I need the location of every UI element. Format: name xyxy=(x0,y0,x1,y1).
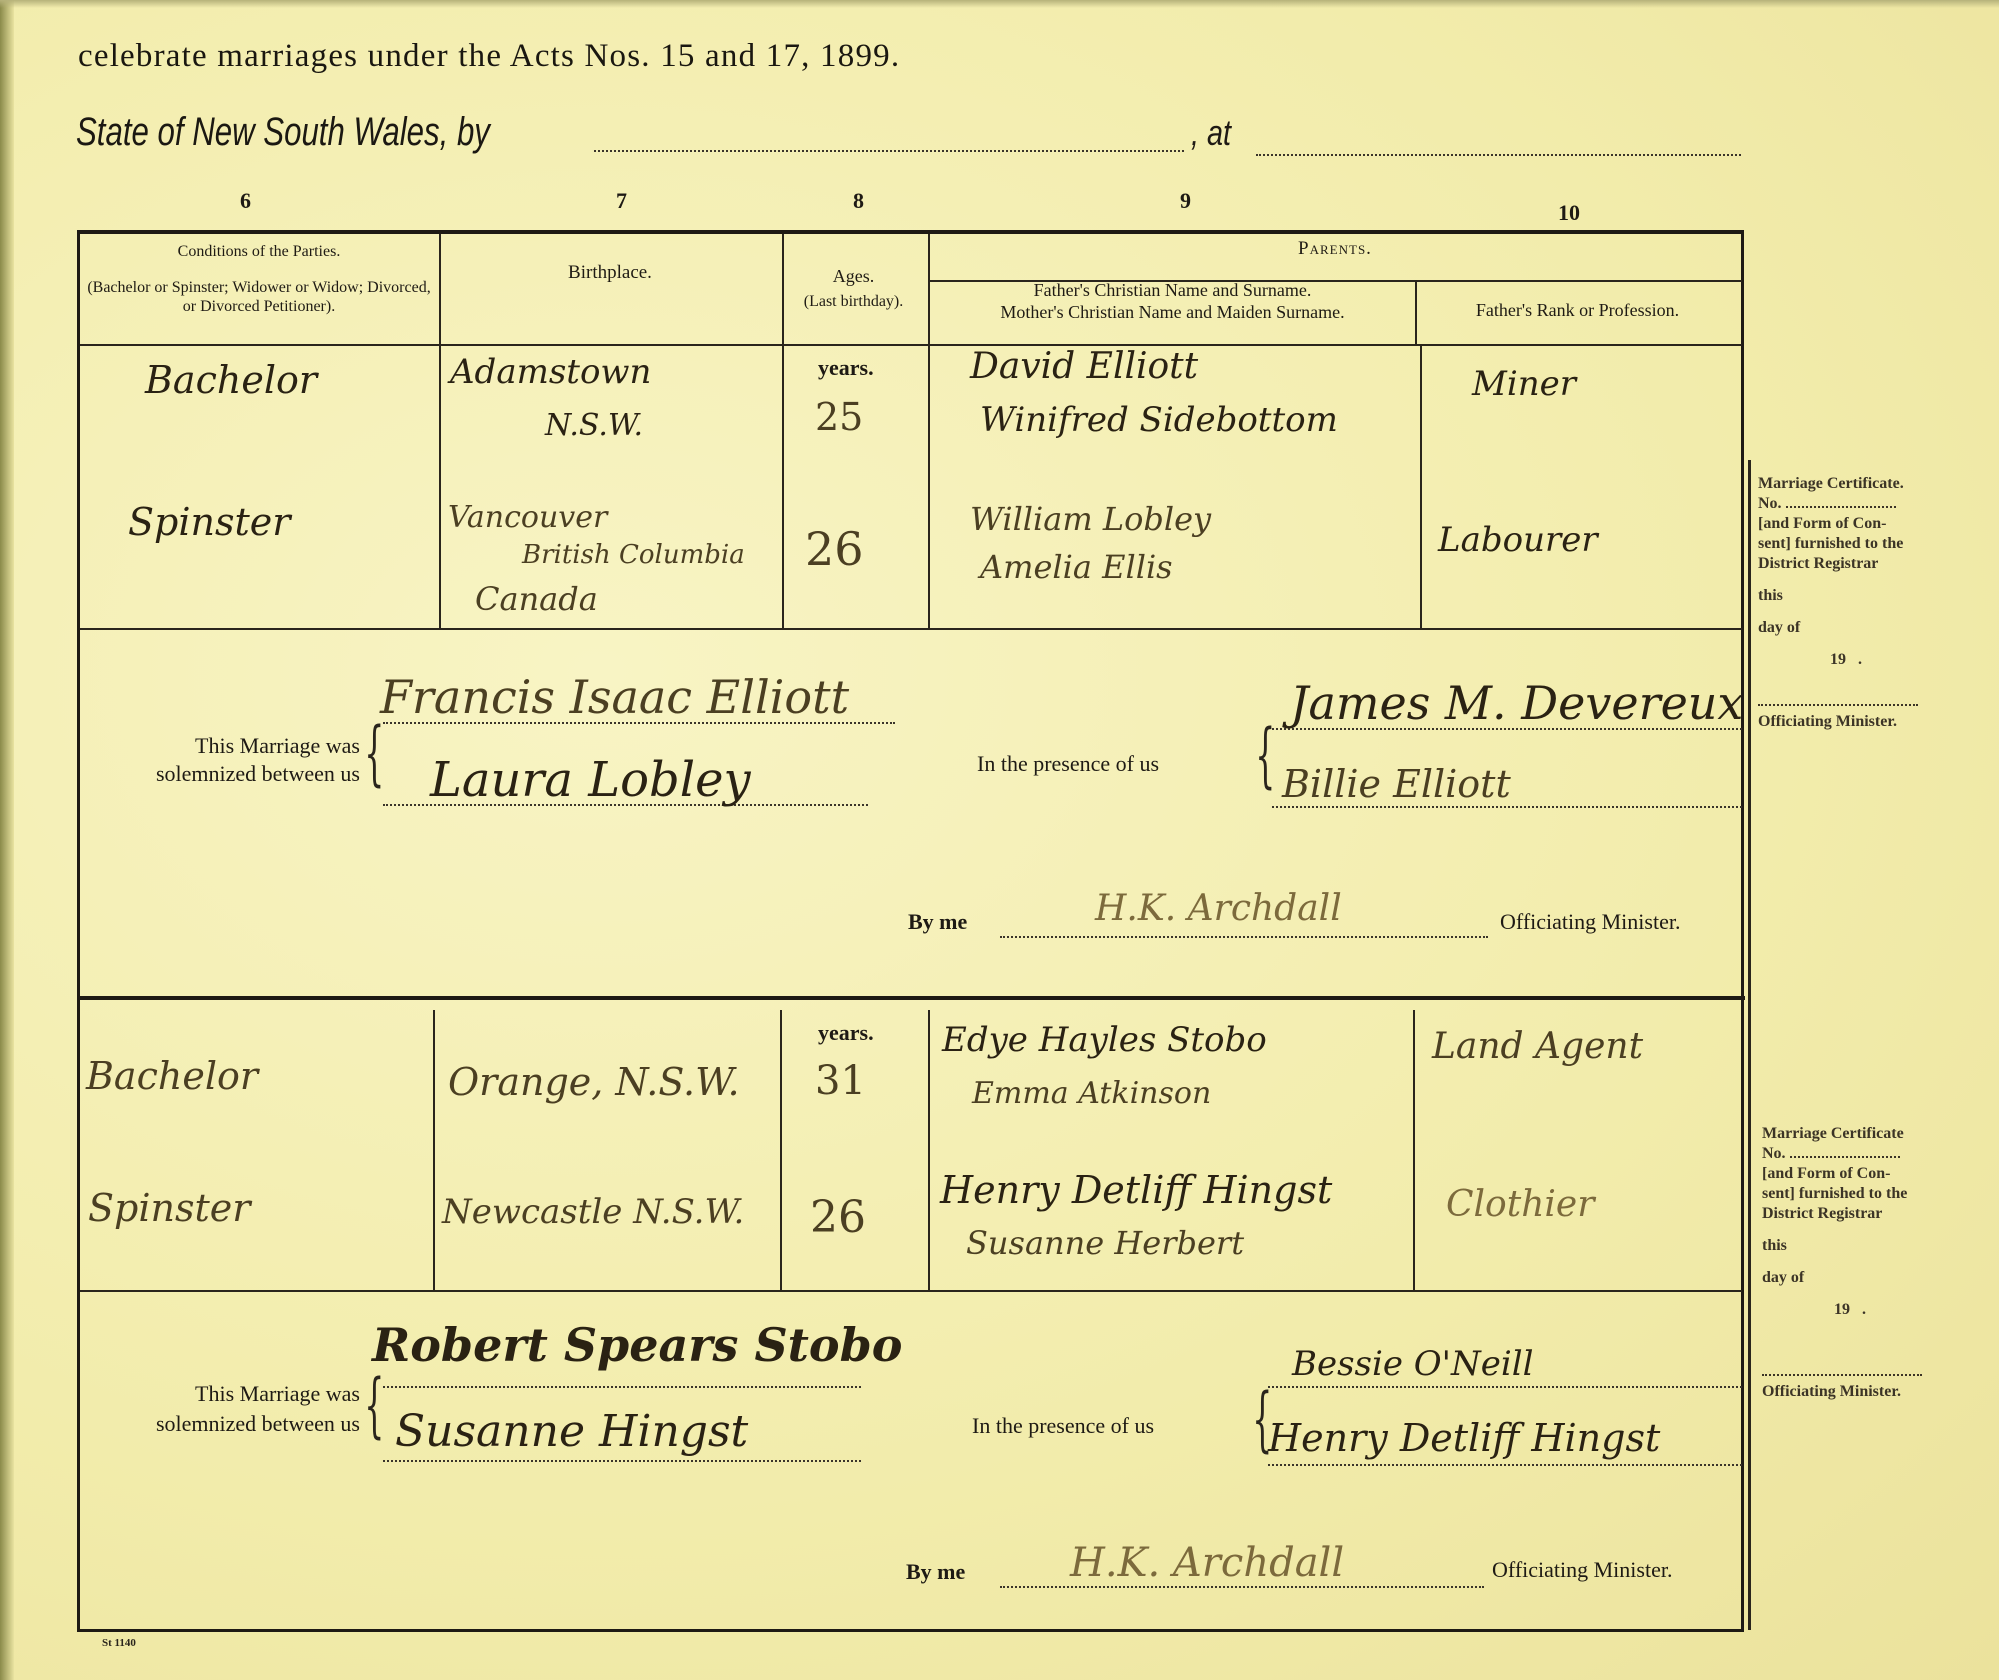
witness-1-signature: Bessie O'Neill xyxy=(1292,1344,1534,1384)
sidebar-consent-line2: sent] furnished to the xyxy=(1758,534,1918,554)
page-edge-shadow xyxy=(0,0,14,1680)
by-me-label: By me xyxy=(906,1558,965,1586)
bride-father-profession: Clothier xyxy=(1446,1184,1594,1225)
groom-father-profession: Land Agent xyxy=(1432,1026,1643,1067)
groom-condition: Bachelor xyxy=(86,1054,258,1098)
column-number-8: 8 xyxy=(853,188,864,214)
header-conditions-subtitle: (Bachelor or Spinster; Widower or Widow;… xyxy=(84,278,434,316)
groom-mother-name: Emma Atkinson xyxy=(972,1076,1211,1111)
column-number-10: 10 xyxy=(1558,200,1580,226)
solemnized-label-line1: This Marriage was xyxy=(90,732,360,760)
solemnized-label-line2: solemnized between us xyxy=(60,1410,360,1438)
form-code: St 1140 xyxy=(102,1637,136,1649)
sidebar-minister-label: Officiating Minister. xyxy=(1758,704,1918,732)
by-me-label: By me xyxy=(908,908,967,936)
minister-label: Officiating Minister. xyxy=(1500,908,1680,936)
sidebar-cert-label: Marriage Certificate xyxy=(1762,1124,1922,1144)
divider xyxy=(782,234,784,344)
sidebar-day-of-label: day of xyxy=(1758,618,1918,638)
page-top-shadow xyxy=(0,0,1999,8)
groom-father-name: David Elliott xyxy=(970,346,1198,387)
bride-birthplace-line3: Canada xyxy=(475,580,598,618)
header-ages-subtitle: (Last birthday). xyxy=(782,292,925,311)
groom-signature: Robert Spears Stobo xyxy=(372,1318,902,1372)
divider xyxy=(439,346,441,628)
groom-condition: Bachelor xyxy=(145,358,317,402)
sidebar-consent-line1: [and Form of Con- xyxy=(1758,514,1918,534)
divider xyxy=(782,346,784,628)
bride-birthplace-line1: Vancouver xyxy=(448,500,607,535)
groom-birthplace-line1: Adamstown xyxy=(450,352,651,392)
divider xyxy=(928,1010,930,1290)
header-conditions-title: Conditions of the Parties. xyxy=(84,242,434,261)
minister-signature: H.K. Archdall xyxy=(1095,888,1342,929)
witness-2-signature: Henry Detliff Hingst xyxy=(1268,1416,1660,1460)
witness-2-signature-line[interactable] xyxy=(1268,1464,1742,1466)
bride-age: 26 xyxy=(810,1192,866,1243)
groom-age: 31 xyxy=(815,1058,866,1104)
presence-label: In the presence of us xyxy=(977,750,1159,778)
bride-birthplace: Newcastle N.S.W. xyxy=(442,1192,744,1232)
sidebar-this-label: this xyxy=(1758,586,1918,606)
groom-birthplace: Orange, N.S.W. xyxy=(448,1060,740,1104)
witness-brace: { xyxy=(1255,720,1275,790)
sidebar-consent-line3: District Registrar xyxy=(1758,554,1918,574)
sidebar-rule xyxy=(1748,460,1751,1630)
witness-2-signature: Billie Elliott xyxy=(1282,762,1511,806)
bride-mother-name: Amelia Ellis xyxy=(980,548,1173,586)
divider xyxy=(439,234,441,344)
groom-age: 25 xyxy=(815,395,863,439)
divider xyxy=(780,1010,782,1290)
divider xyxy=(433,1010,435,1290)
bride-father-name: Henry Detliff Hingst xyxy=(940,1168,1332,1212)
groom-mother-name: Winifred Sidebottom xyxy=(980,400,1338,440)
bride-father-name: William Lobley xyxy=(970,500,1211,538)
divider xyxy=(1413,1010,1415,1290)
sidebar-certificate-block: Marriage Certificate. No. [and Form of C… xyxy=(1758,474,1918,732)
column-number-6: 6 xyxy=(240,188,251,214)
solemnized-label-line2: solemnized between us xyxy=(60,760,360,788)
witness-1-signature-line[interactable] xyxy=(1268,1386,1742,1388)
bride-condition: Spinster xyxy=(88,1186,250,1230)
divider xyxy=(928,346,930,628)
party-brace: { xyxy=(364,1370,384,1440)
presence-label: In the presence of us xyxy=(972,1412,1154,1440)
sidebar-no-label: No. xyxy=(1762,1145,1786,1162)
years-label: years. xyxy=(818,1020,874,1046)
groom-father-name: Edye Hayles Stobo xyxy=(942,1020,1267,1060)
sidebar-cert-label: Marriage Certificate. xyxy=(1758,474,1918,494)
sidebar-minister-label: Officiating Minister. xyxy=(1762,1374,1922,1402)
groom-signature-line[interactable] xyxy=(383,1386,861,1388)
column-number-9: 9 xyxy=(1180,188,1191,214)
party-brace: { xyxy=(364,718,384,788)
state-at-field[interactable] xyxy=(1256,154,1741,156)
divider xyxy=(80,344,1742,346)
groom-signature: Francis Isaac Elliott xyxy=(380,670,849,724)
divider xyxy=(80,628,1742,630)
header-ages-title: Ages. xyxy=(782,266,925,288)
entry-separator xyxy=(77,996,1745,1000)
bride-father-profession: Labourer xyxy=(1438,520,1598,560)
sidebar-this-label: this xyxy=(1762,1236,1922,1256)
sidebar-year-field: 19 . xyxy=(1762,1300,1922,1320)
minister-signature-line[interactable] xyxy=(1000,1586,1484,1588)
header-parents-line2: Mother's Christian Name and Maiden Surna… xyxy=(930,302,1415,324)
sidebar-consent-line2: sent] furnished to the xyxy=(1762,1184,1922,1204)
groom-father-profession: Miner xyxy=(1472,364,1576,404)
divider xyxy=(80,1290,1742,1292)
sidebar-consent-line1: [and Form of Con- xyxy=(1762,1164,1922,1184)
certificate-number-field[interactable] xyxy=(1790,1156,1900,1158)
bride-birthplace-line2: British Columbia xyxy=(522,540,745,570)
minister-label: Officiating Minister. xyxy=(1492,1556,1672,1584)
groom-birthplace-line2: N.S.W. xyxy=(545,408,643,443)
header-father-profession: Father's Rank or Profession. xyxy=(1415,300,1740,322)
state-by-field[interactable] xyxy=(594,150,1184,152)
bride-signature: Laura Lobley xyxy=(430,752,751,808)
document-heading: celebrate marriages under the Acts Nos. … xyxy=(78,38,900,75)
years-label: years. xyxy=(818,355,874,381)
state-line-prefix: State of New South Wales, by xyxy=(76,110,490,155)
certificate-number-field[interactable] xyxy=(1786,506,1896,508)
sidebar-certificate-block: Marriage Certificate No. [and Form of Co… xyxy=(1762,1124,1922,1402)
bride-age: 26 xyxy=(805,522,864,576)
witness-2-signature-line[interactable] xyxy=(1272,806,1742,808)
state-line-at-label: , at xyxy=(1191,112,1231,154)
bride-signature: Susanne Hingst xyxy=(395,1406,748,1457)
bride-condition: Spinster xyxy=(128,500,290,544)
header-parents-line1: Father's Christian Name and Surname. xyxy=(930,280,1415,302)
column-number-7: 7 xyxy=(616,188,627,214)
sidebar-consent-line3: District Registrar xyxy=(1762,1204,1922,1224)
header-parents-group: Parents. xyxy=(930,238,1740,261)
divider xyxy=(1420,346,1422,628)
sidebar-year-field: 19 . xyxy=(1758,650,1918,670)
sidebar-no-label: No. xyxy=(1758,495,1782,512)
witness-1-signature: James M. Devereux xyxy=(1290,676,1743,730)
bride-mother-name: Susanne Herbert xyxy=(966,1224,1244,1262)
minister-signature: H.K. Archdall xyxy=(1070,1540,1344,1586)
header-birthplace: Birthplace. xyxy=(440,262,780,285)
sidebar-day-of-label: day of xyxy=(1762,1268,1922,1288)
solemnized-label-line1: This Marriage was xyxy=(90,1380,360,1408)
minister-signature-line[interactable] xyxy=(1000,936,1488,938)
bride-signature-line[interactable] xyxy=(383,1460,861,1462)
